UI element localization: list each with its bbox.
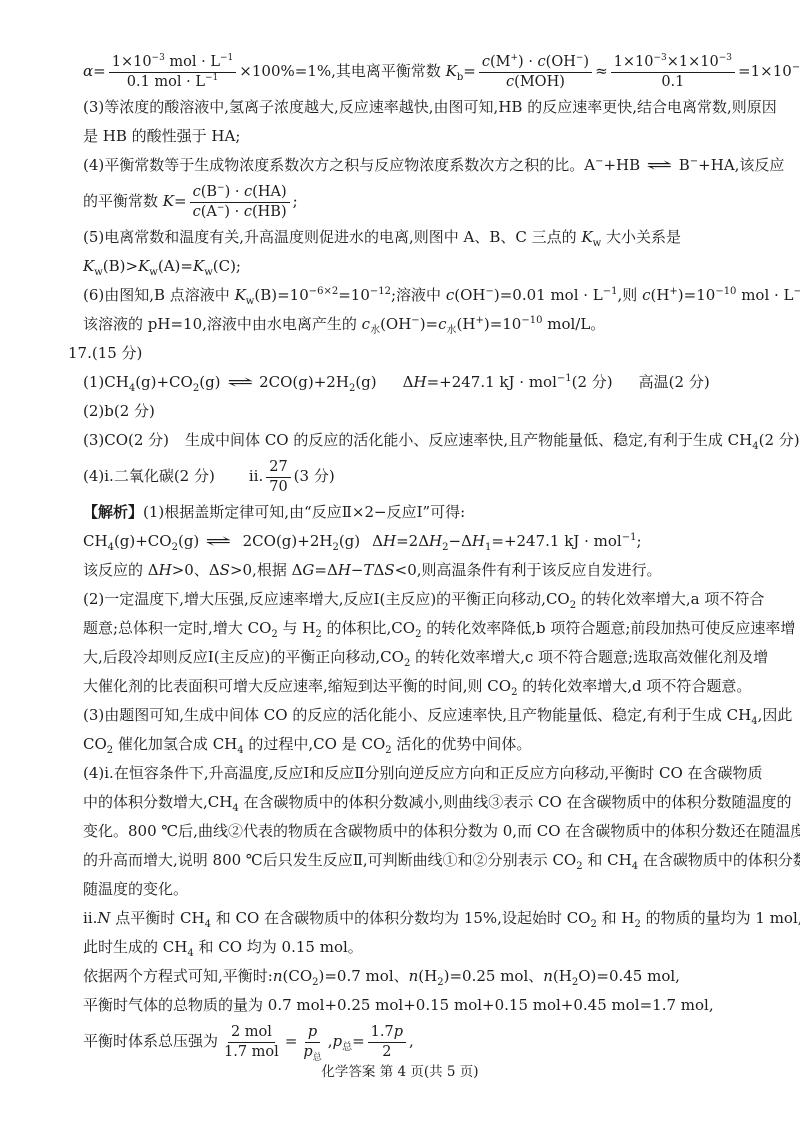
analysis-4i-line5: 随温度的变化。 — [83, 875, 744, 904]
analysis-1-line2: CH4(g)+CO2(g)⇌ 2CO(g)+2H2(g)ΔH=2ΔH2−ΔH1=… — [83, 527, 744, 556]
q16-3-line2: 是 HB 的酸性强于 HA; — [83, 122, 744, 151]
analysis-4i-line4: 的升高而增大,说明 800 ℃后只发生反应Ⅱ,可判断曲线①和②分别表示 CO2 … — [83, 846, 744, 875]
analysis-4ii-line5: 平衡时体系总压强为2 mol1.7 mol=pp总,p总=1.7p2, — [83, 1020, 744, 1063]
equilibrium-arrow-icon: ⇌ — [205, 527, 231, 556]
q16-3-line1: (3)等浓度的酸溶液中,氢离子浓度越大,反应速率越快,由图可知,HB 的反应速率… — [83, 93, 744, 122]
q16-4-line1: (4)平衡常数等于生成物浓度系数次方之积与反应物浓度系数次方之积的比。A−+HB… — [83, 151, 744, 180]
fraction: 1×10−3 mol · L−10.1 mol · L−1 — [109, 54, 237, 90]
q17-4-answer: (4)ⅰ.二氧化碳(2 分)ⅱ.2770(3 分) — [83, 455, 744, 498]
fraction: 2770 — [266, 459, 290, 495]
analysis-2-line3: 大,后段冷却则反应Ⅰ(主反应)的平衡正向移动,CO2 的转化效率增大,c 项不符… — [83, 643, 744, 672]
analysis-4i-line2: 中的体积分数增大,CH4 在含碳物质中的体积分数减小,则曲线③表示 CO 在含碳… — [83, 788, 744, 817]
analysis-2-line4: 大催化剂的比表面积可增大反应速率,缩短到达平衡的时间,则 CO2 的转化效率增大… — [83, 672, 744, 701]
q17-1-answer: (1)CH4(g)+CO2(g)⇌2CO(g)+2H2(g)ΔH=+247.1 … — [83, 368, 744, 397]
q16-5-line1: (5)电离常数和温度有关,升高温度则促进水的电离,则图中 A、B、C 三点的 K… — [83, 223, 744, 252]
q16-5-line2: Kw(B)>Kw(A)=Kw(C); — [83, 252, 744, 281]
fraction: c(B−) · c(HA)c(A−) · c(HB) — [190, 184, 290, 220]
equilibrium-arrow-icon: ⇌ — [227, 368, 253, 397]
footer-text: 化学答案 第 4 页(共 5 页) — [321, 1064, 478, 1080]
analysis-4i-line3: 变化。800 ℃后,曲线②代表的物质在含碳物质中的体积分数为 0,而 CO 在含… — [83, 817, 744, 846]
analysis-4i-line1: (4)ⅰ.在恒容条件下,升高温度,反应Ⅰ和反应Ⅱ分别向逆反应方向和正反应方向移动… — [83, 759, 744, 788]
page-footer: 化学答案 第 4 页(共 5 页) — [0, 1060, 800, 1080]
q16-4-line2: 的平衡常数 K=c(B−) · c(HA)c(A−) · c(HB); — [83, 180, 744, 223]
analysis-4ii-line4: 平衡时气体的总物质的量为 0.7 mol+0.25 mol+0.15 mol+0… — [83, 991, 744, 1020]
analysis-4ii-line2: 此时生成的 CH4 和 CO 均为 0.15 mol。 — [83, 933, 744, 962]
fraction: pp总 — [300, 1024, 324, 1060]
q17-2-answer: (2)b(2 分) — [83, 397, 744, 426]
q17-header: 17.(15 分) — [68, 339, 744, 368]
fraction: 2 mol1.7 mol — [221, 1024, 282, 1060]
answer-sheet-page: α=1×10−3 mol · L−10.1 mol · L−1×100%=1%,… — [0, 0, 800, 1122]
analysis-1-line1: 【解析】(1)根据盖斯定律可知,由“反应Ⅱ×2−反应Ⅰ”可得: — [83, 498, 744, 527]
analysis-3-line2: CO2 催化加氢合成 CH4 的过程中,CO 是 CO2 活化的优势中间体。 — [83, 730, 744, 759]
q17-3-answer: (3)CO(2 分)生成中间体 CO 的反应的活化能小、反应速率快,且产物能量低… — [83, 426, 744, 455]
analysis-4ii-line1: ⅱ.N 点平衡时 CH4 和 CO 在含碳物质中的体积分数均为 15%,设起始时… — [83, 904, 744, 933]
analysis-1-line3: 该反应的 ΔH>0、ΔS>0,根据 ΔG=ΔH−TΔS<0,则高温条件有利于该反… — [83, 556, 744, 585]
fraction: 1.7p2 — [368, 1024, 406, 1060]
q16-6-line1: (6)由图知,B 点溶液中 Kw(B)=10−6×2=10−12;溶液中 c(O… — [83, 281, 744, 310]
analysis-2-line1: (2)一定温度下,增大压强,反应速率增大,反应Ⅰ(主反应)的平衡正向移动,CO2… — [83, 585, 744, 614]
analysis-3-line1: (3)由题图可知,生成中间体 CO 的反应的活化能小、反应速率快,且产物能量低、… — [83, 701, 744, 730]
q16-2-ionization-constant-formula: α=1×10−3 mol · L−10.1 mol · L−1×100%=1%,… — [83, 50, 744, 93]
document-body: α=1×10−3 mol · L−10.1 mol · L−1×100%=1%,… — [83, 50, 744, 1063]
fraction: 1×10−3×1×10−30.1 — [611, 54, 735, 90]
fraction: c(M+) · c(OH−)c(MOH) — [479, 54, 592, 90]
analysis-2-line2: 题意;总体积一定时,增大 CO2 与 H2 的体积比,CO2 的转化效率降低,b… — [83, 614, 744, 643]
q16-6-line2: 该溶液的 pH=10,溶液中由水电离产生的 c水(OH−)=c水(H+)=10−… — [83, 310, 744, 339]
analysis-4ii-line3: 依据两个方程式可知,平衡时:n(CO2)=0.7 mol、n(H2)=0.25 … — [83, 962, 744, 991]
equilibrium-arrow-icon: ⇌ — [646, 151, 672, 180]
